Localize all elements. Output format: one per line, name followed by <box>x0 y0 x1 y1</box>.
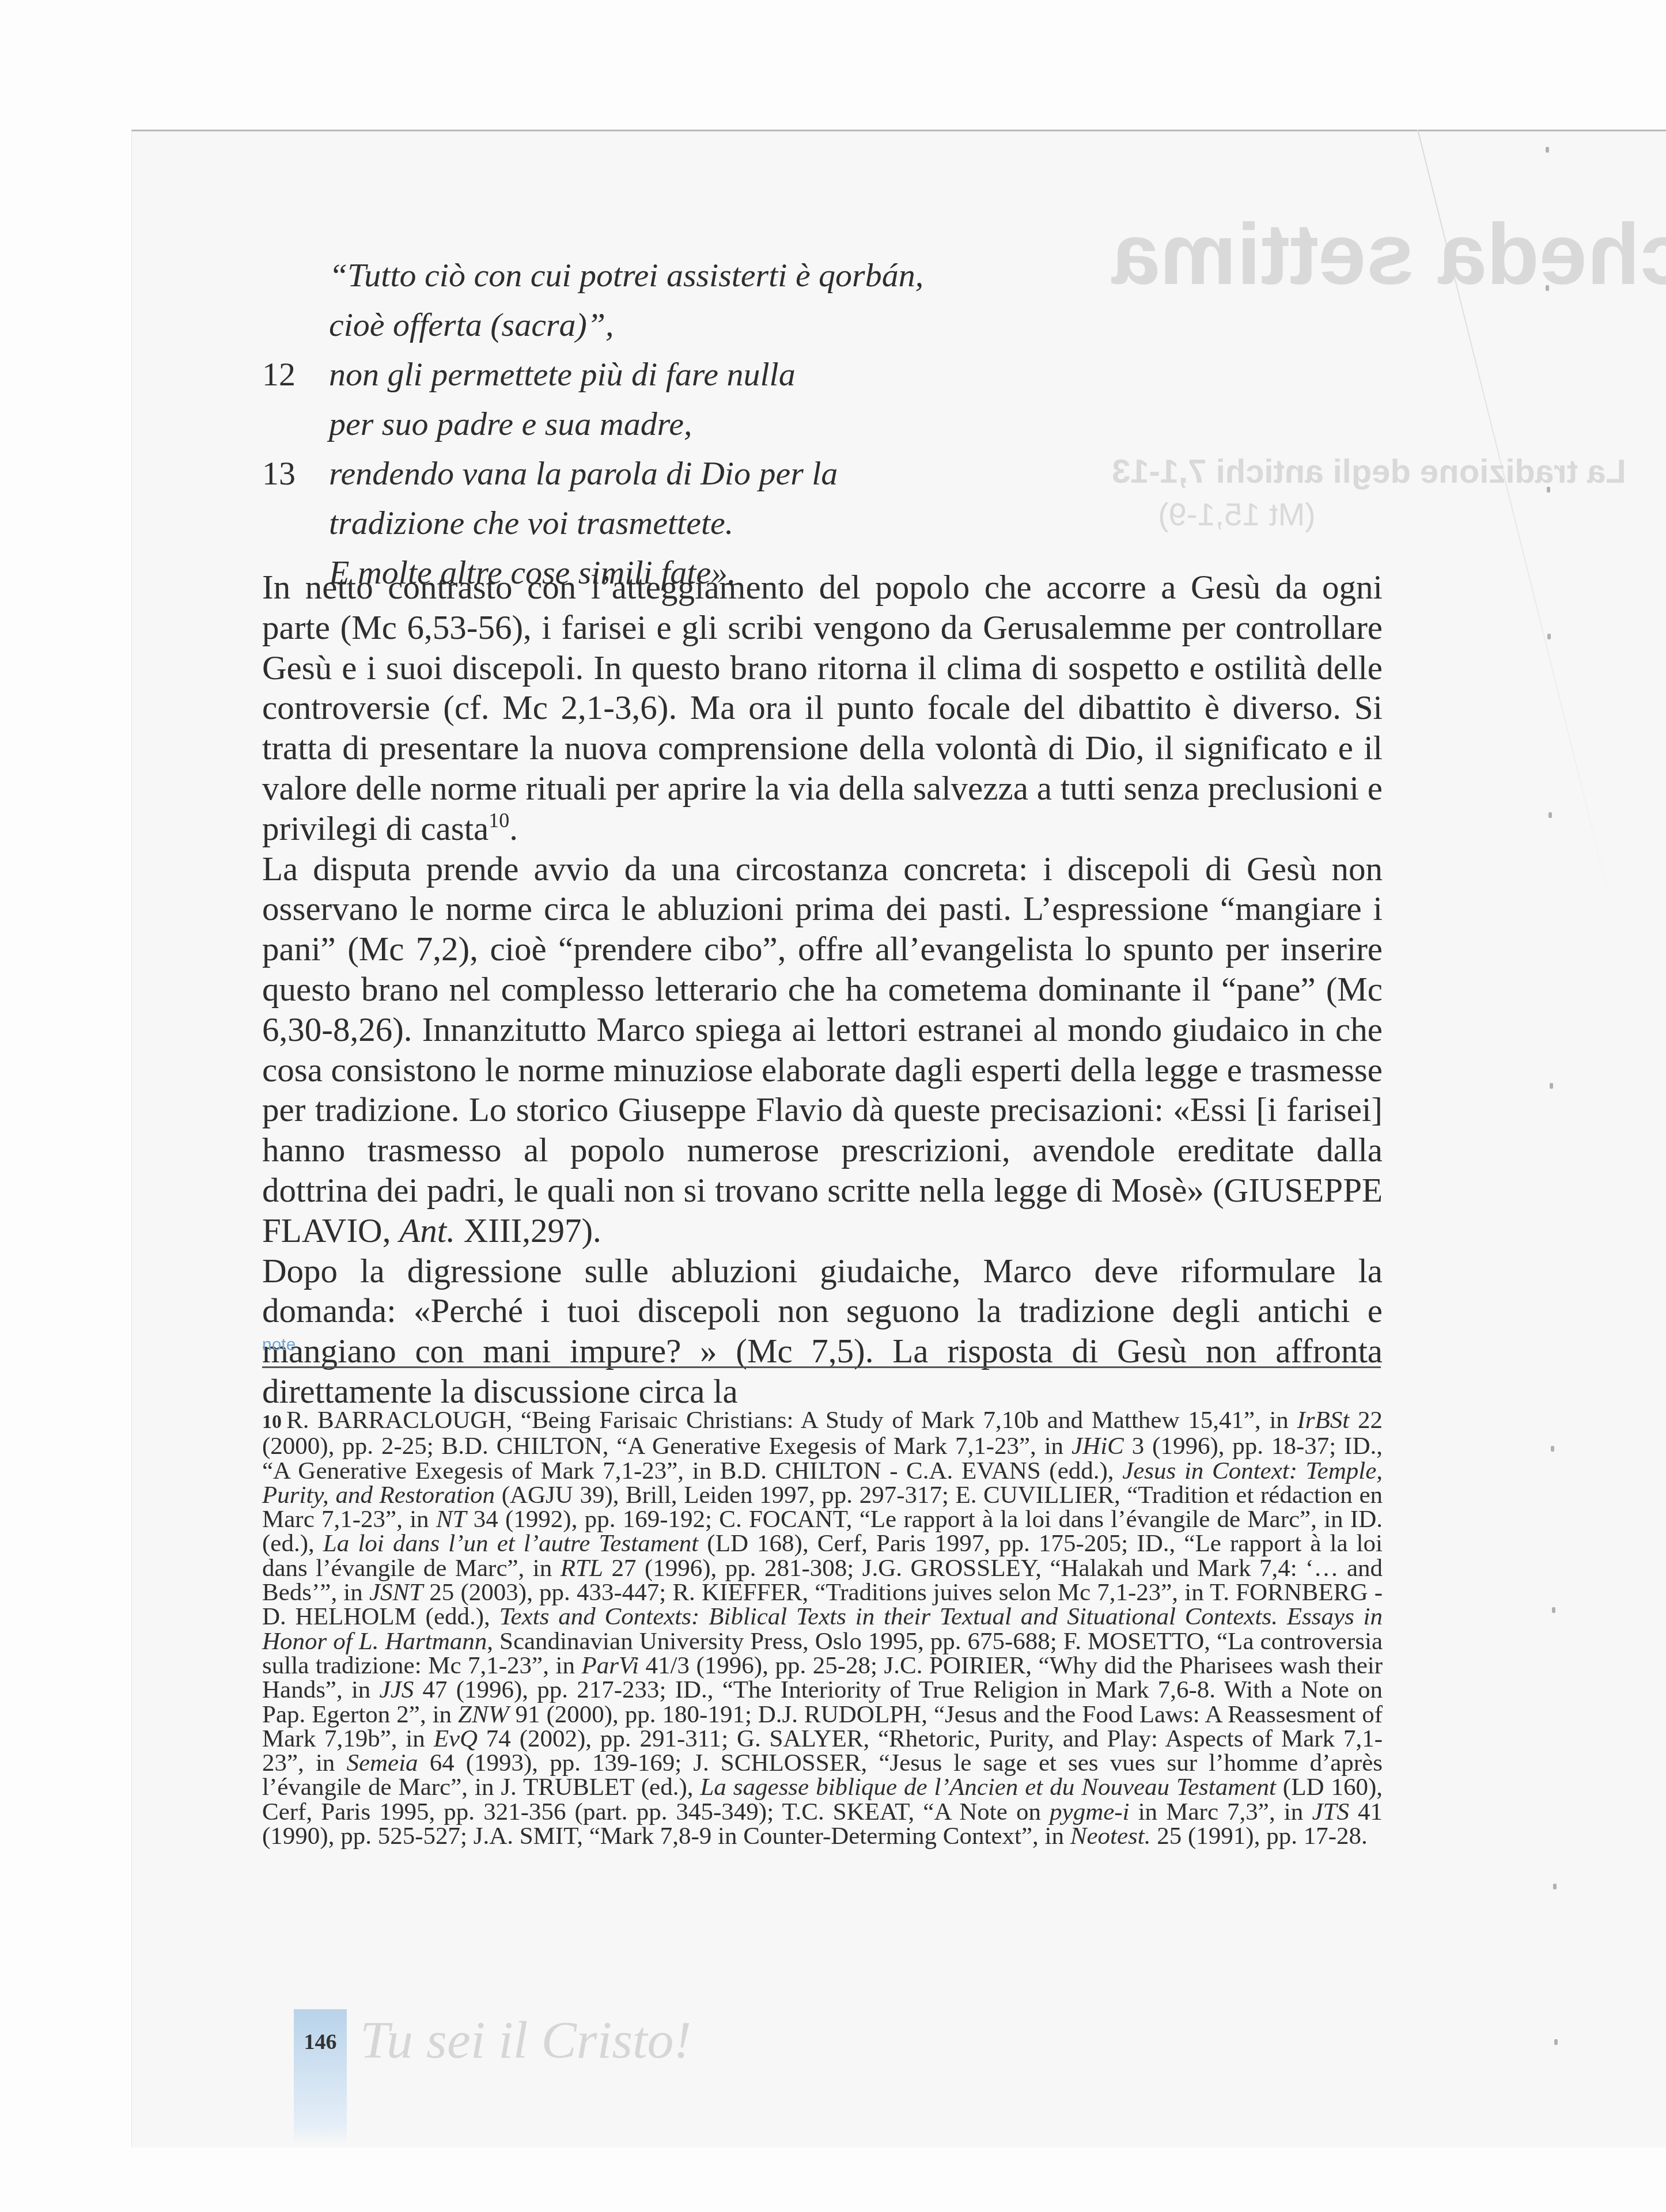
paragraph-text: XIII,297). <box>455 1211 601 1249</box>
paragraph: In netto contrasto con l’atteggiamento d… <box>262 567 1383 849</box>
paragraph: Dopo la digressione sulle abluzioni giud… <box>262 1251 1383 1412</box>
paragraph-text: . <box>509 809 518 847</box>
verse-text: cioè offerta (sacra)”, <box>329 300 1069 350</box>
paragraph-text: La disputa prende avvio da una circostan… <box>262 850 1383 1249</box>
paragraph: La disputa prende avvio da una circostan… <box>262 849 1383 1251</box>
commentary-body: In netto contrasto con l’atteggiamento d… <box>262 567 1383 1412</box>
citation-title: Neotest. <box>1070 1823 1151 1850</box>
citation-text: in Marc 7,3”, in <box>1130 1798 1312 1825</box>
citation-title: ParVi <box>581 1652 639 1679</box>
notes-label: note <box>262 1335 296 1355</box>
citation-title: pygme-i <box>1050 1798 1130 1825</box>
paragraph-text: In netto contrasto con l’atteggiamento d… <box>262 568 1383 847</box>
scripture-quote: “Tutto ciò con cui potrei assisterti è q… <box>262 251 1069 597</box>
verse-line: “Tutto ciò con cui potrei assisterti è q… <box>262 251 1069 300</box>
paragraph-text: Dopo la digressione sulle abluzioni giud… <box>262 1252 1383 1410</box>
verse-number <box>262 300 329 350</box>
citation-title: JSNT <box>369 1579 423 1606</box>
work-title: Ant. <box>399 1211 455 1249</box>
verse-line: 12 non gli permettete più di fare nulla <box>262 350 1069 399</box>
verse-line: 13 rendendo vana la parola di Dio per la <box>262 449 1069 498</box>
citation-title: La sagesse biblique de l’Ancien et du No… <box>700 1774 1275 1801</box>
citation-title: NT <box>436 1506 467 1533</box>
verse-text: non gli permettete più di fare nulla <box>329 350 1069 399</box>
citation-title: JJS <box>380 1676 414 1703</box>
citation-title: RTL <box>561 1555 603 1582</box>
citation-title: JHiC <box>1071 1433 1124 1460</box>
citation-title: JTS <box>1312 1798 1349 1825</box>
verse-number <box>262 399 329 449</box>
verse-text: rendendo vana la parola di Dio per la <box>329 449 1069 498</box>
verse-text: tradizione che voi trasmettete. <box>329 498 1069 548</box>
verse-text: “Tutto ciò con cui potrei assisterti è q… <box>329 251 1069 300</box>
verse-number: 13 <box>262 449 329 498</box>
citation-text: 25 (1991), pp. 17-28. <box>1151 1823 1368 1850</box>
verse-number: 12 <box>262 350 329 399</box>
verse-line: cioè offerta (sacra)”, <box>262 300 1069 350</box>
verse-number <box>262 251 329 300</box>
page-number: 146 <box>300 2029 341 2055</box>
verse-line: tradizione che voi trasmettete. <box>262 498 1069 548</box>
running-title: Tu sei il Cristo! <box>360 2009 691 2070</box>
footnote-text: R. BARRACLOUGH, “Being Farisaic Christia… <box>262 1407 1383 1850</box>
footnote-10: 10R. BARRACLOUGH, “Being Farisaic Christ… <box>262 1408 1383 1849</box>
citation-title: Semeia <box>346 1749 418 1777</box>
verse-line: per suo padre e sua madre, <box>262 399 1069 449</box>
citation-title: IrBSt <box>1297 1407 1350 1434</box>
verse-text: per suo padre e sua madre, <box>329 399 1069 449</box>
notes-divider <box>262 1366 1381 1368</box>
citation-title: EvQ <box>434 1725 478 1752</box>
citation-text: R. BARRACLOUGH, “Being Farisaic Christia… <box>286 1407 1297 1434</box>
footnote-number: 10 <box>262 1411 282 1433</box>
footnote-reference[interactable]: 10 <box>489 809 509 832</box>
citation-title: La loi dans l’un et l’autre Testament <box>323 1530 698 1557</box>
verse-number <box>262 498 329 548</box>
citation-title: ZNW <box>458 1701 509 1728</box>
